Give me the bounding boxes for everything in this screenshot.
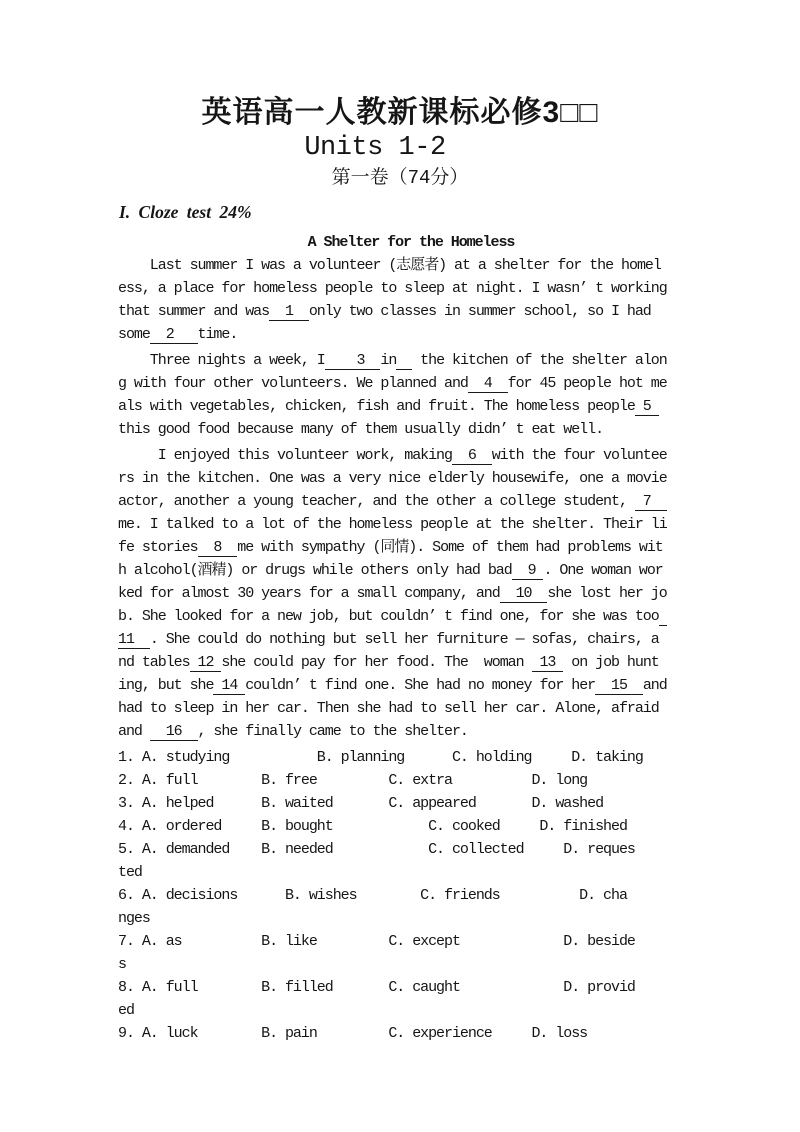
passage-line: some 2 time. [118,323,800,346]
cloze-blank: 8 [198,539,238,557]
option-line: 2. A. full B. free C. extra D. long [118,769,800,792]
passage-line: 11 . She could do nothing but sell her f… [118,628,800,651]
page-title: 英语高一人教新课标必修3□□ [0,94,800,132]
passage-paragraph: I enjoyed this volunteer work, making 6 … [118,444,800,743]
part-heading: 第一卷（74分） [0,166,800,191]
passage-line: had to sleep in her car. Then she had to… [118,697,800,720]
cloze-blank: 9 [512,562,544,580]
cloze-blank: 11 [118,631,150,649]
cloze-passage: Last summer I was a volunteer (志愿者) at a… [118,254,800,743]
passage-line: h alcohol(酒精) or drugs while others only… [118,559,800,582]
cloze-blank: 4 [468,375,508,393]
option-line: 7. A. as B. like C. except D. beside [118,930,800,953]
cloze-blank: 5 [635,398,659,416]
option-line: 6. A. decisions B. wishes C. friends D. … [118,884,800,907]
passage-line: b. She looked for a new job, but couldn’… [118,605,800,628]
passage-line: als with vegetables, chicken, fish and f… [118,395,800,418]
option-line: 4. A. ordered B. bought C. cooked D. fin… [118,815,800,838]
option-line: ed [118,999,800,1022]
cloze-blank: 14 [213,677,245,695]
cloze-blank: 2 [150,326,198,344]
page-subtitle: Units 1-2 [0,133,800,164]
cloze-blank [659,608,667,626]
cloze-blank: 16 [150,723,198,741]
cloze-options: 1. A. studying B. planning C. holding D.… [118,746,800,1045]
passage-line: this good food because many of them usua… [118,418,800,441]
passage-line: ess, a place for homeless people to slee… [118,277,800,300]
cloze-blank [396,352,412,370]
cloze-blank: 6 [452,447,492,465]
cloze-blank: 7 [635,493,667,511]
passage-line: fe stories 8 me with sympathy (同情). Some… [118,536,800,559]
option-line: nges [118,907,800,930]
cloze-blank: 15 [595,677,643,695]
passage-title: A Shelter for the Homeless [0,231,800,254]
option-line: 9. A. luck B. pain C. experience D. loss [118,1022,800,1045]
passage-line: I enjoyed this volunteer work, making 6 … [118,444,800,467]
exam-page: 英语高一人教新课标必修3□□ Units 1-2 第一卷（74分） I. Clo… [0,0,800,1132]
passage-line: ked for almost 30 years for a small comp… [118,582,800,605]
option-line: s [118,953,800,976]
passage-line: rs in the kitchen. One was a very nice e… [118,467,800,490]
cloze-blank: 12 [190,654,222,672]
passage-line: me. I talked to a lot of the homeless pe… [118,513,800,536]
passage-line: actor, another a young teacher, and the … [118,490,800,513]
cloze-blank: 1 [269,303,309,321]
cloze-blank: 10 [500,585,548,603]
passage-line: and 16 , she finally came to the shelter… [118,720,800,743]
option-line: 3. A. helped B. waited C. appeared D. wa… [118,792,800,815]
option-line: ted [118,861,800,884]
passage-line: g with four other volunteers. We planned… [118,372,800,395]
passage-line: Last summer I was a volunteer (志愿者) at a… [118,254,800,277]
passage-paragraph: Three nights a week, I 3 in the kitchen … [118,349,800,441]
section-heading: I. Cloze test 24% [119,201,800,223]
passage-line: ing, but she 14 couldn’ t find one. She … [118,674,800,697]
cloze-blank: 13 [532,654,564,672]
option-line: 1. A. studying B. planning C. holding D.… [118,746,800,769]
option-line: 5. A. demanded B. needed C. collected D.… [118,838,800,861]
passage-paragraph: Last summer I was a volunteer (志愿者) at a… [118,254,800,346]
cloze-blank: 3 [325,352,381,370]
option-line: 8. A. full B. filled C. caught D. provid [118,976,800,999]
passage-line: Three nights a week, I 3 in the kitchen … [118,349,800,372]
passage-line: that summer and was 1 only two classes i… [118,300,800,323]
passage-line: nd tables 12 she could pay for her food.… [118,651,800,674]
